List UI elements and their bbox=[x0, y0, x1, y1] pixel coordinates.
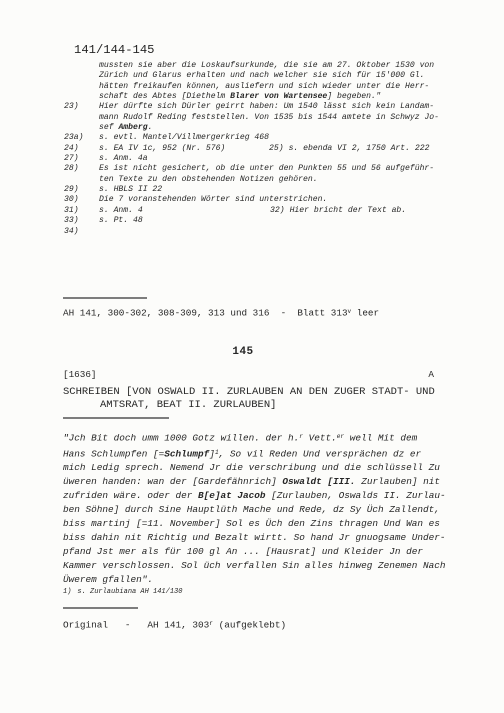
quote-line: Kammer verschlossen. Sol üch verfallen S… bbox=[63, 559, 449, 573]
page-header: 141/144-145 bbox=[74, 44, 154, 56]
entry-number: 145 bbox=[63, 347, 423, 358]
footnote-line: 33)s. Pt. 48 bbox=[63, 216, 463, 226]
bold-name: B[e]at Jacob bbox=[198, 490, 266, 501]
footnote-line: 23a)s. evtl. Mantel/Villmergerkrieg 468 bbox=[63, 133, 463, 143]
footnote-32: 32)Hier bricht der Text ab. bbox=[270, 206, 406, 216]
quote-line: biss dahin nit Richtig und Bezalt wirtt.… bbox=[63, 531, 449, 545]
footnote-line: 30)Die 7 voranstehenden Wörter sind unte… bbox=[63, 195, 463, 205]
footnote-line: 34) bbox=[63, 227, 463, 237]
footnote-line: ten Texte zu den obstehenden Notizen geh… bbox=[63, 175, 463, 185]
entry-siglum: A bbox=[428, 369, 434, 380]
quote-line: biss martinj [=11. November] Sol es Üch … bbox=[63, 517, 449, 531]
footnote-number: 24) bbox=[64, 144, 79, 154]
quote-line: pfand Jst mer als für 100 gl An ... [Hau… bbox=[63, 545, 449, 559]
quote-line: üweren handen: wan der [Gardefähnrich] O… bbox=[63, 475, 449, 489]
footnote-number: 28) bbox=[64, 164, 79, 174]
bold-name: Blarer von Wartensee bbox=[230, 92, 327, 101]
footnote-number: 25) bbox=[269, 144, 284, 153]
footnote-line: sef Amberg. bbox=[63, 123, 463, 133]
bold-name: Schlumpf bbox=[164, 448, 209, 459]
register-line: AH 141, 300-302, 308-309, 313 und 316 - … bbox=[63, 306, 379, 319]
footnote-line: hätten freikaufen können, ausliefern und… bbox=[63, 82, 463, 92]
entry-title-line1: SCHREIBEN [VON OSWALD II. ZURLAUBEN AN D… bbox=[63, 386, 435, 399]
quote-line: "Jch Bit doch umm 1000 Gotz willen. der … bbox=[63, 430, 449, 446]
entry-meta-row: [1636] A bbox=[63, 369, 434, 380]
footnote-number: 27) bbox=[64, 154, 79, 164]
divider bbox=[63, 417, 169, 419]
divider bbox=[63, 297, 147, 299]
footnote-number: 34) bbox=[64, 227, 79, 237]
footnote-number: 29) bbox=[64, 185, 79, 195]
footnote-number: 23a) bbox=[64, 133, 83, 143]
entry-title: SCHREIBEN [VON OSWALD II. ZURLAUBEN AN D… bbox=[63, 386, 435, 412]
bold-name: Oswaldt [III. bbox=[282, 476, 355, 487]
bold-name: Amberg bbox=[118, 123, 147, 132]
footnote-line: 23)Hier dürfte sich Dürler geirrt haben:… bbox=[63, 102, 463, 112]
footnote-number: 32) bbox=[270, 206, 285, 215]
quote-line: Üwerem gfallen". bbox=[63, 573, 449, 587]
footnote-number: 23) bbox=[64, 102, 79, 112]
footnote-number: 30) bbox=[64, 195, 79, 205]
footnote-line: 28)Es ist nicht gesichert, ob die unter … bbox=[63, 164, 463, 174]
superscript-abbrev: er bbox=[337, 433, 344, 440]
footnote-line: 31)s. Anm. 432)Hier bricht der Text ab. bbox=[63, 206, 463, 216]
footnote-number: 1) bbox=[63, 588, 71, 596]
footnote-number: 31) bbox=[64, 206, 79, 216]
footnotes-top-block: mussten sie aber die Loskaufsurkunde, di… bbox=[63, 61, 463, 237]
quote-line: ben Söhne] durch Sine Hauptlüth Mache un… bbox=[63, 503, 449, 517]
quote-line: mich Ledig sprech. Nemend Jr die verschr… bbox=[63, 461, 449, 475]
quote-line: Hans Schlumpfen [=Schlumpf]1, So vil Red… bbox=[63, 446, 449, 462]
document-page: 141/144-145 mussten sie aber die Loskauf… bbox=[0, 0, 504, 713]
source-line: Original - AH 141, 303r (aufgeklebt) bbox=[63, 618, 286, 631]
footnote-line: 27)s. Anm. 4a bbox=[63, 154, 463, 164]
quote-line: zufriden wäre. oder der B[e]at Jacob [Zu… bbox=[63, 489, 449, 503]
footnote-line: schaft des Abtes [Diethelm Blarer von Wa… bbox=[63, 92, 463, 102]
footnote-line: mann Rudolf Reding feststellen. Von 1535… bbox=[63, 113, 463, 123]
footnote-bottom: 1)s. Zurlaubiana AH 141/130 bbox=[63, 588, 182, 597]
footnote-line: Zürich und Glarus erhalten und nach welc… bbox=[63, 71, 463, 81]
footnote-line: mussten sie aber die Loskaufsurkunde, di… bbox=[63, 61, 463, 71]
entry-title-line2: AMTSRAT, BEAT II. ZURLAUBEN] bbox=[63, 399, 435, 412]
footnote-number: 33) bbox=[64, 216, 79, 226]
footnote-25: 25)s. ebenda VI 2, 1750 Art. 222 bbox=[269, 144, 429, 154]
divider bbox=[63, 607, 138, 609]
quoted-letter-text: "Jch Bit doch umm 1000 Gotz willen. der … bbox=[63, 430, 449, 587]
footnote-line: 24)s. EA IV 1c, 952 (Nr. 576)25)s. ebend… bbox=[63, 144, 463, 154]
footnote-line: 29)s. HBLS II 22 bbox=[63, 185, 463, 195]
entry-date: [1636] bbox=[63, 369, 96, 380]
